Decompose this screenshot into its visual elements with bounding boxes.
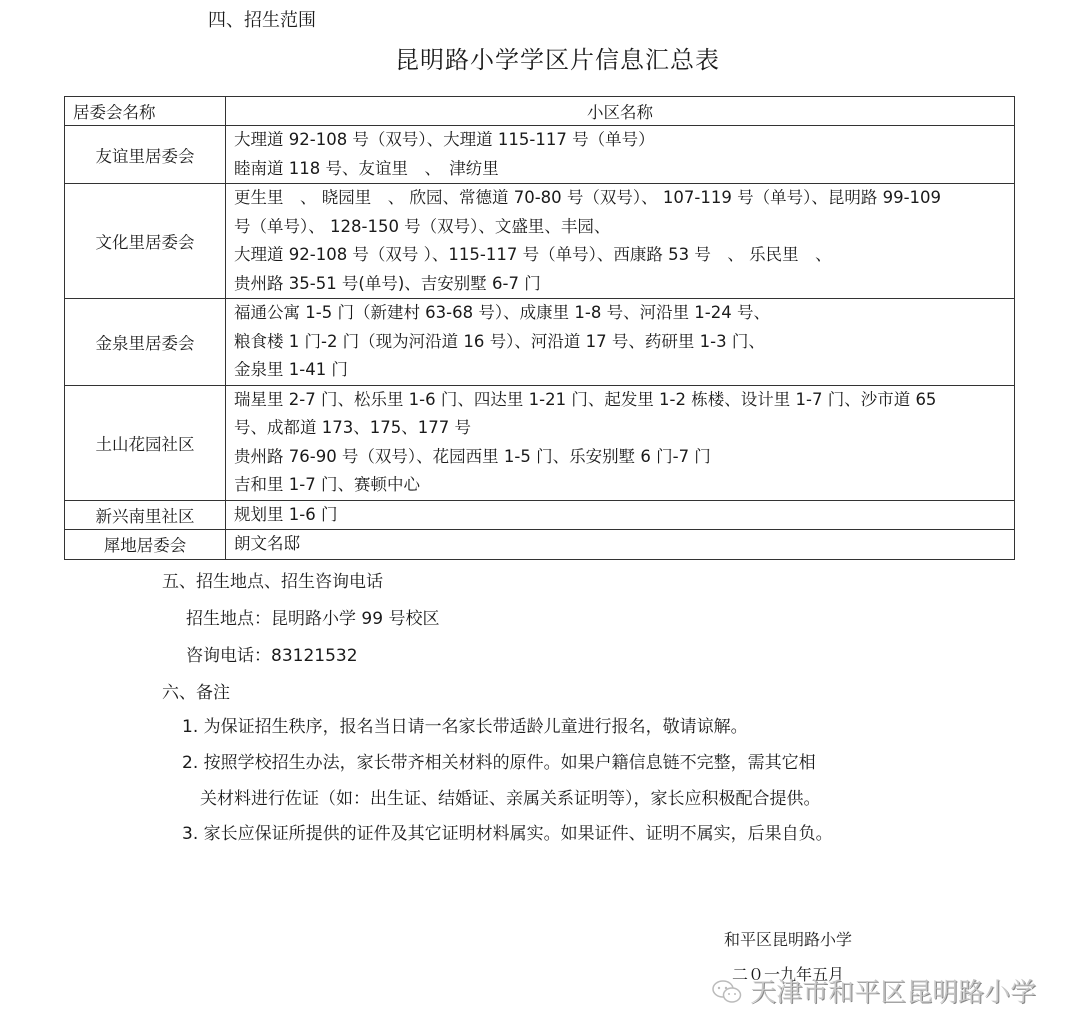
community-list: 规划里 1-6 门 (226, 500, 1015, 530)
table-row: 犀地居委会 朗文名邸 (65, 530, 1015, 560)
district-table: 居委会名称 小区名称 友谊里居委会 大理道 92-108 号（双号）、大理道 1… (64, 96, 1015, 560)
watermark: 天津市和平区昆明路小学 (712, 972, 1036, 1009)
community-line: 粮食楼 1 门-2 门（现为河沿道 16 号）、河沿道 17 号、药研里 1-3… (234, 328, 1006, 357)
section-4-heading: 四、招生范围 (208, 6, 316, 32)
community-line: 贵州路 35-51 号(单号)、吉安别墅 6-7 门 (234, 270, 1006, 299)
note-item: 关材料进行佐证（如：出生证、结婚证、亲属关系证明等），家长应积极配合提供。 (200, 784, 821, 809)
community-line: 大理道 92-108 号（双号 ）、115-117 号（单号）、西康路 53 号… (234, 241, 1006, 270)
community-line: 大理道 92-108 号（双号）、大理道 115-117 号（单号） (234, 126, 1006, 155)
community-list: 福通公寓 1-5 门（新建村 63-68 号）、成康里 1-8 号、河沿里 1-… (226, 299, 1015, 386)
note-item: 3. 家长应保证所提供的证件及其它证明材料属实。如果证件、证明不属实，后果自负。 (182, 819, 833, 844)
table-row: 土山花园社区 瑞星里 2-7 门、松乐里 1-6 门、四达里 1-21 门、起发… (65, 385, 1015, 500)
community-line: 号、成都道 173、175、177 号 (234, 414, 1006, 443)
enrollment-phone: 咨询电话：83121532 (186, 641, 358, 666)
header-committee: 居委会名称 (65, 97, 226, 126)
community-line: 瑞星里 2-7 门、松乐里 1-6 门、四达里 1-21 门、起发里 1-2 栋… (234, 386, 1006, 415)
enrollment-location: 招生地点：昆明路小学 99 号校区 (186, 604, 439, 629)
committee-name: 金泉里居委会 (65, 299, 226, 386)
community-line: 号（单号）、 128-150 号（双号）、文盛里、丰园、 (234, 213, 1006, 242)
community-line: 福通公寓 1-5 门（新建村 63-68 号）、成康里 1-8 号、河沿里 1-… (234, 299, 1006, 328)
community-list: 瑞星里 2-7 门、松乐里 1-6 门、四达里 1-21 门、起发里 1-2 栋… (226, 385, 1015, 500)
note-item: 1. 为保证招生秩序，报名当日请一名家长带适龄儿童进行报名，敬请谅解。 (182, 712, 748, 737)
community-list: 更生里 、 晓园里 、 欣园、常德道 70-80 号（双号）、 107-119 … (226, 184, 1015, 299)
committee-name: 新兴南里社区 (65, 500, 226, 530)
community-line: 睦南道 118 号、友谊里 、 津纺里 (234, 155, 1006, 184)
table-title: 昆明路小学学区片信息汇总表 (395, 40, 720, 75)
table-row: 金泉里居委会 福通公寓 1-5 门（新建村 63-68 号）、成康里 1-8 号… (65, 299, 1015, 386)
committee-name: 友谊里居委会 (65, 126, 226, 184)
community-line: 吉和里 1-7 门、赛顿中心 (234, 471, 1006, 500)
note-item: 2. 按照学校招生办法，家长带齐相关材料的原件。如果户籍信息链不完整，需其它相 (182, 748, 816, 773)
committee-name: 土山花园社区 (65, 385, 226, 500)
header-community: 小区名称 (226, 97, 1015, 126)
community-list: 朗文名邸 (226, 530, 1015, 560)
table-row: 文化里居委会 更生里 、 晓园里 、 欣园、常德道 70-80 号（双号）、 1… (65, 184, 1015, 299)
community-line: 更生里 、 晓园里 、 欣园、常德道 70-80 号（双号）、 107-119 … (234, 184, 1006, 213)
community-line: 朗文名邸 (234, 530, 1006, 559)
section-5-heading: 五、招生地点、招生咨询电话 (162, 567, 383, 592)
section-6-heading: 六、备注 (162, 678, 230, 703)
table-header-row: 居委会名称 小区名称 (65, 97, 1015, 126)
committee-name: 文化里居委会 (65, 184, 226, 299)
community-line: 贵州路 76-90 号（双号）、花园西里 1-5 门、乐安别墅 6 门-7 门 (234, 443, 1006, 472)
community-list: 大理道 92-108 号（双号）、大理道 115-117 号（单号） 睦南道 1… (226, 126, 1015, 184)
committee-name: 犀地居委会 (65, 530, 226, 560)
signature-school: 和平区昆明路小学 (724, 927, 852, 950)
table-row: 友谊里居委会 大理道 92-108 号（双号）、大理道 115-117 号（单号… (65, 126, 1015, 184)
community-line: 规划里 1-6 门 (234, 501, 1006, 530)
watermark-text: 天津市和平区昆明路小学 (750, 978, 1036, 1008)
table-row: 新兴南里社区 规划里 1-6 门 (65, 500, 1015, 530)
wechat-icon (712, 978, 750, 1008)
community-line: 金泉里 1-41 门 (234, 356, 1006, 385)
